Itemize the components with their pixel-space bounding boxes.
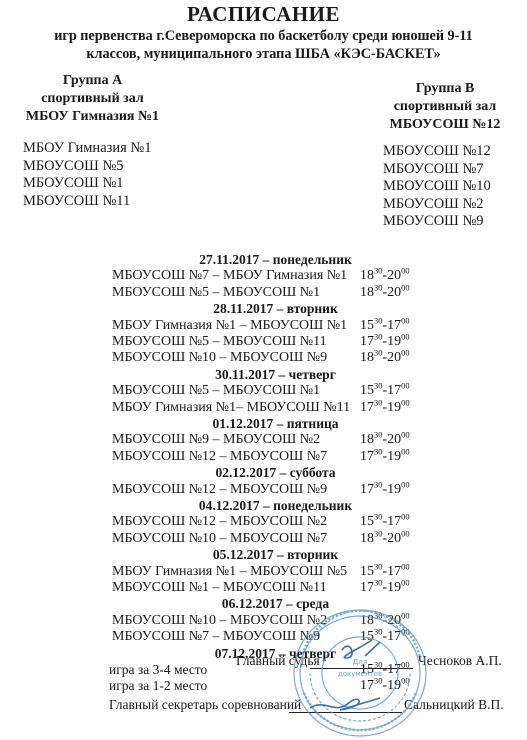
- game-time: 1830-2000: [360, 350, 410, 366]
- team-item: МБОУСОШ №5: [23, 158, 152, 176]
- game-time: 1830-2000: [360, 531, 410, 547]
- official-stamp-icon: Для документов: [280, 598, 430, 738]
- day-heading: 02.12.2017 – суббота: [12, 465, 527, 481]
- secretary-label: Главный секретарь соревнований: [109, 697, 301, 713]
- game-row: МБОУСОШ №7 – МБОУСОШ №91530-1700: [0, 629, 527, 645]
- game-row: МБОУ Гимназия №1– МБОУСОШ №111730-1900: [0, 400, 527, 416]
- game-match: МБОУСОШ №12 – МБОУСОШ №7: [112, 449, 327, 465]
- stamp-text-2: документов: [338, 670, 382, 678]
- team-item: МБОУСОШ №7: [383, 161, 491, 179]
- game-match: МБОУСОШ №7 – МБОУ Гимназия №1: [112, 268, 347, 284]
- judge-signature-icon: [342, 640, 380, 658]
- group-b-venue: МБОУСОШ №12: [370, 116, 520, 134]
- group-a-venue: МБОУ Гимназия №1: [10, 108, 175, 126]
- day-heading: 30.11.2017 – четверг: [12, 367, 527, 383]
- group-a-header: Группа А спортивный зал МБОУ Гимназия №1: [10, 72, 175, 126]
- game-row: МБОУ Гимназия №1 – МБОУСОШ №51530-1700: [0, 564, 527, 580]
- group-b-header: Группа В спортивный зал МБОУСОШ №12: [370, 80, 520, 134]
- game-match: МБОУ Гимназия №1 – МБОУСОШ №1: [112, 318, 347, 334]
- game-match: МБОУ Гимназия №1– МБОУСОШ №11: [112, 400, 350, 416]
- game-match: МБОУСОШ №10 – МБОУСОШ №7: [112, 531, 327, 547]
- game-row: МБОУСОШ №12 – МБОУСОШ №71730-1900: [0, 449, 527, 465]
- game-time: 1730-1900: [360, 400, 410, 416]
- game-row: МБОУСОШ №10 – МБОУСОШ №91830-2000: [0, 350, 527, 366]
- subtitle-line-1: игр первенства г.Североморска по баскетб…: [0, 27, 527, 45]
- team-item: МБОУСОШ №2: [383, 196, 491, 214]
- game-row: МБОУСОШ №12 – МБОУСОШ №91730-1900: [0, 482, 527, 498]
- game-row: МБОУ Гимназия №1 – МБОУСОШ №11530-1700: [0, 318, 527, 334]
- game-row: МБОУСОШ №10 – МБОУСОШ №21830-2000: [0, 613, 527, 629]
- subtitle-line-2: классов, муниципального этапа ШБА «КЭС-Б…: [0, 45, 527, 63]
- game-match: МБОУСОШ №5 – МБОУСОШ №1: [112, 285, 320, 301]
- game-match: МБОУСОШ №10 – МБОУСОШ №9: [112, 350, 327, 366]
- game-row: МБОУСОШ №12 – МБОУСОШ №21530-1700: [0, 514, 527, 530]
- group-b-name: Группа В: [370, 80, 520, 98]
- team-item: МБОУСОШ №12: [383, 143, 491, 161]
- day-heading: 28.11.2017 – вторник: [12, 301, 527, 317]
- group-a-name: Группа А: [10, 72, 175, 90]
- document-subtitle: игр первенства г.Североморска по баскетб…: [0, 27, 527, 63]
- day-heading: 05.12.2017 – вторник: [12, 547, 527, 563]
- game-row: МБОУСОШ №10 – МБОУСОШ №71830-2000: [0, 531, 527, 547]
- game-row: МБОУСОШ №5 – МБОУСОШ №111730-1900: [0, 334, 527, 350]
- team-item: МБОУСОШ №10: [383, 178, 491, 196]
- game-row: МБОУСОШ №7 – МБОУ Гимназия №11830-2000: [0, 268, 527, 284]
- game-match: МБОУСОШ №1 – МБОУСОШ №11: [112, 580, 327, 596]
- game-match: МБОУСОШ №12 – МБОУСОШ №2: [112, 514, 327, 530]
- game-match: МБОУСОШ №12 – МБОУСОШ №9: [112, 482, 327, 498]
- judge-name: Чесноков А.П.: [418, 653, 502, 669]
- game-row: МБОУСОШ №5 – МБОУСОШ №11830-2000: [0, 285, 527, 301]
- team-item: МБОУСОШ №1: [23, 175, 152, 193]
- team-item: МБОУ Гимназия №1: [23, 140, 152, 158]
- game-time: 1730-1900: [360, 482, 410, 498]
- game-match: игра за 1-2 место: [109, 678, 207, 694]
- game-match: МБОУСОШ №5 – МБОУСОШ №11: [112, 334, 327, 350]
- game-time: 1830-2000: [360, 285, 410, 301]
- document-title: РАСПИСАНИЕ: [0, 2, 527, 27]
- stamp-text-1: Для: [353, 658, 367, 666]
- game-row: МБОУСОШ №9 – МБОУСОШ №21830-2000: [0, 432, 527, 448]
- game-match: игра за 3-4 место: [109, 662, 207, 678]
- game-row: МБОУСОШ №5 – МБОУСОШ №11530-1700: [0, 383, 527, 399]
- day-heading: 04.12.2017 – понедельник: [12, 498, 527, 514]
- game-match: МБОУ Гимназия №1 – МБОУСОШ №5: [112, 564, 347, 580]
- group-b-venue-label: спортивный зал: [370, 98, 520, 116]
- day-heading: 06.12.2017 – среда: [12, 596, 527, 612]
- game-row: игра за 1-2 место1730-1900: [0, 678, 527, 694]
- group-a-team-list: МБОУ Гимназия №1МБОУСОШ №5МБОУСОШ №1МБОУ…: [23, 140, 152, 210]
- game-match: МБОУСОШ №5 – МБОУСОШ №1: [112, 383, 320, 399]
- team-item: МБОУСОШ №11: [23, 193, 152, 211]
- day-heading: 01.12.2017 – пятница: [12, 416, 527, 432]
- game-time: 1730-1900: [360, 449, 410, 465]
- group-a-venue-label: спортивный зал: [10, 90, 175, 108]
- game-match: МБОУСОШ №9 – МБОУСОШ №2: [112, 432, 320, 448]
- schedule: 27.11.2017 – понедельникМБОУСОШ №7 – МБО…: [0, 252, 527, 695]
- group-b-team-list: МБОУСОШ №12МБОУСОШ №7МБОУСОШ №10МБОУСОШ …: [383, 143, 491, 231]
- game-row: МБОУСОШ №1 – МБОУСОШ №111730-1900: [0, 580, 527, 596]
- team-item: МБОУСОШ №9: [383, 213, 491, 231]
- day-heading: 27.11.2017 – понедельник: [12, 252, 527, 268]
- game-time: 1730-1900: [360, 580, 410, 596]
